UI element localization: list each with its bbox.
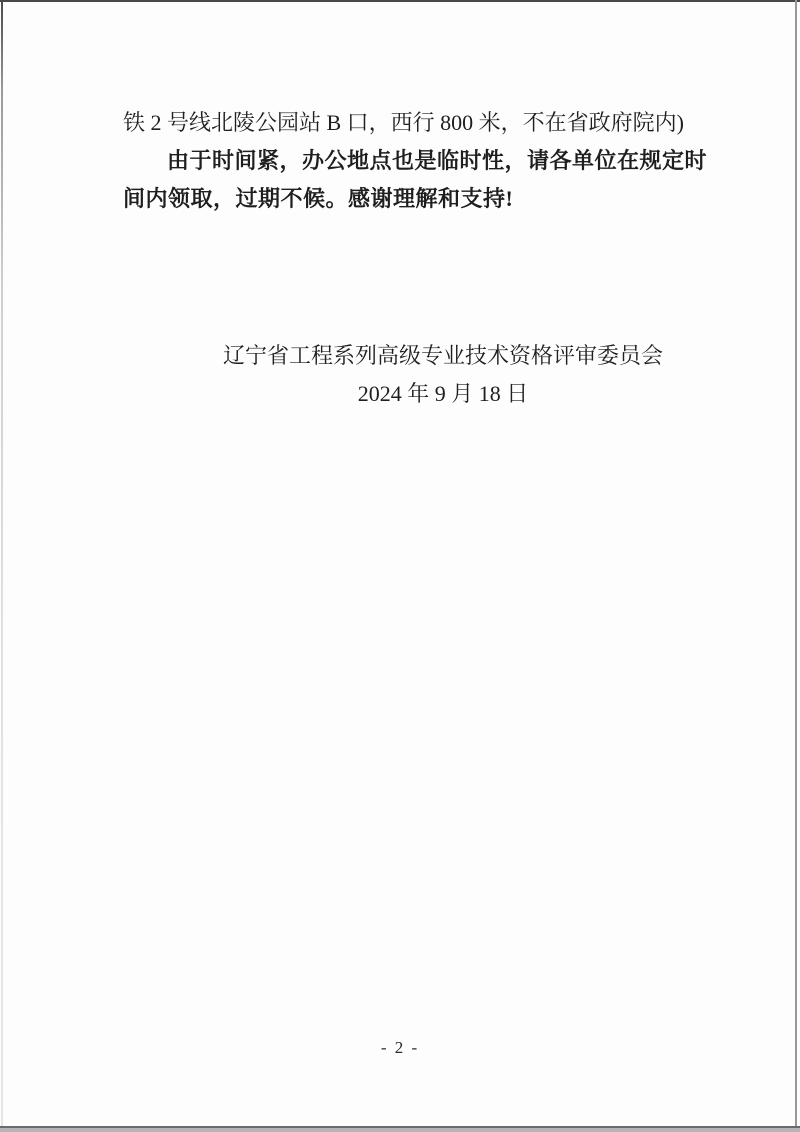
paragraph-continuation-line: 铁 2 号线北陵公园站 B 口，西行 800 米，不在省政府院内) [123,104,703,142]
signature-committee-name: 辽宁省工程系列高级专业技术资格评审委员会 [86,337,800,375]
signature-date: 2024 年 9 月 18 日 [86,375,800,413]
notice-paragraph-line-2: 间内领取，过期不候。感谢理解和支持! [123,180,703,218]
notice-paragraph-line-1: 由于时间紧，办公地点也是临时性，请各单位在规定时 [123,142,703,180]
signature-block: 辽宁省工程系列高级专业技术资格评审委员会 2024 年 9 月 18 日 [86,337,800,413]
page-number: - 2 - [0,1036,800,1060]
document-body: 铁 2 号线北陵公园站 B 口，西行 800 米，不在省政府院内) 由于时间紧，… [123,104,703,218]
scan-edge-left [1,0,3,1132]
scanned-document-page: 铁 2 号线北陵公园站 B 口，西行 800 米，不在省政府院内) 由于时间紧，… [0,0,800,1132]
scan-edge-top [0,0,800,2]
scan-edge-bottom-strip [0,1128,800,1132]
scan-edge-right [795,0,797,1132]
